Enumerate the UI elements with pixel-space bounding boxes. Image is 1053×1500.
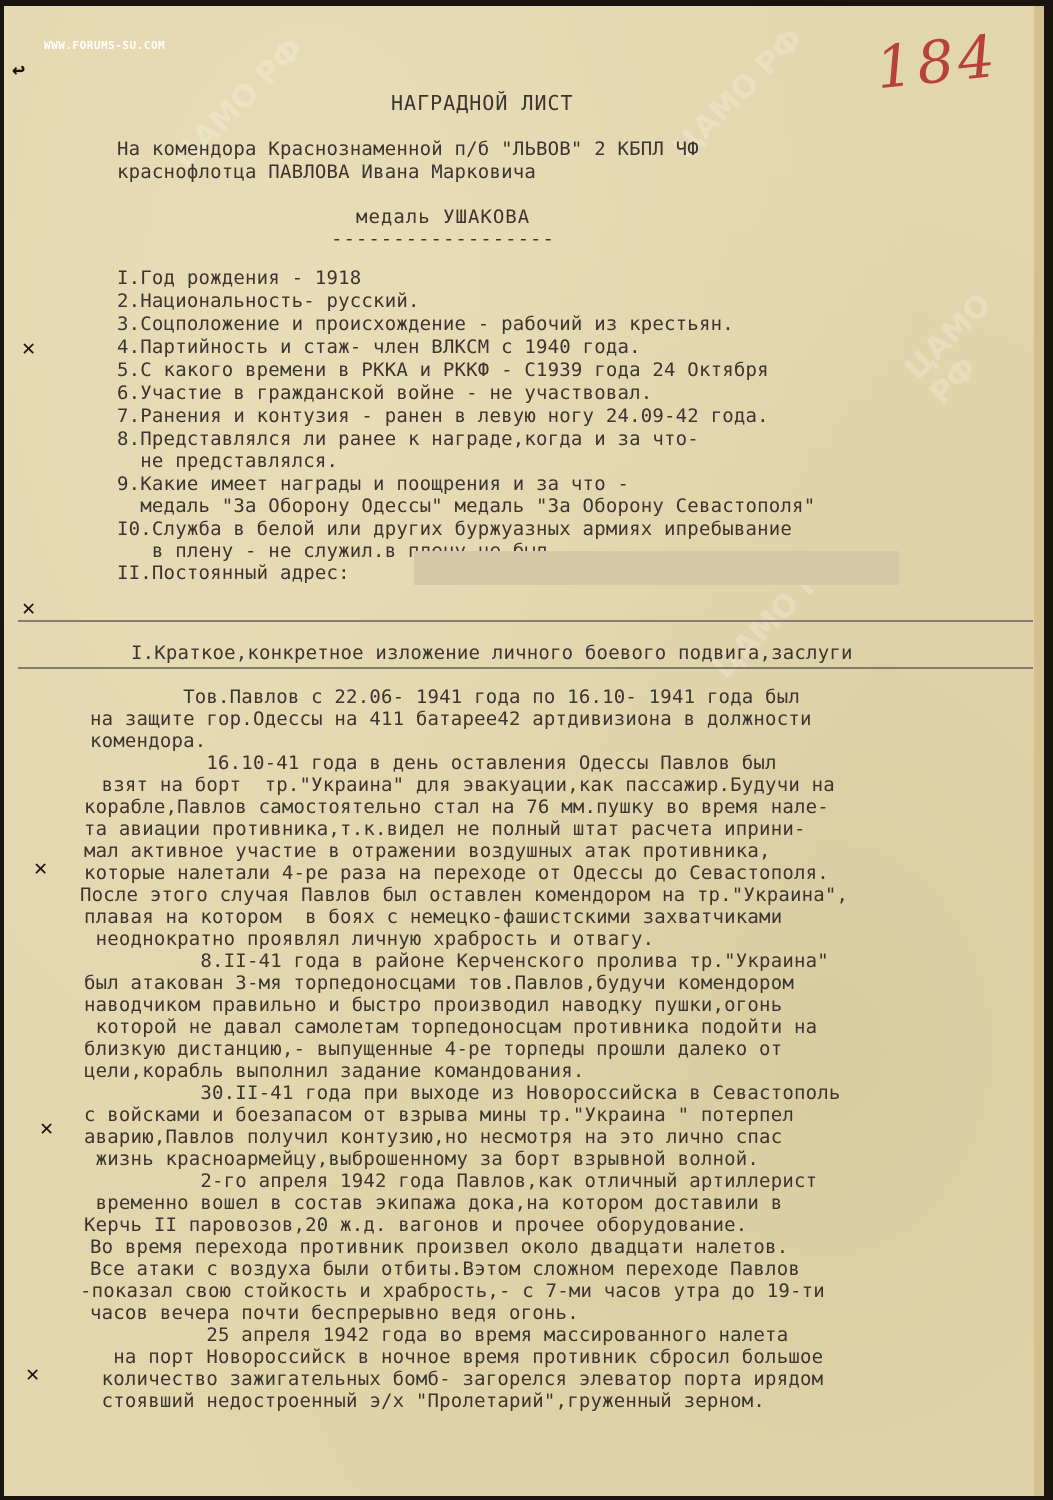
narrative-line: с войсками и боезапасом от взрыва мины т… bbox=[84, 1104, 794, 1126]
document-page: ЦАМО РФ ЦАМО РФ ЦАМО РФ ЦАМО РФ WWW.FORU… bbox=[4, 6, 1044, 1496]
questionnaire-item: II.Постоянный адрес: bbox=[117, 562, 350, 584]
narrative-line: 30.II-41 года при выходе из Новороссийск… bbox=[84, 1082, 841, 1104]
narrative-line: наводчиком правильно и быстро производил… bbox=[84, 994, 782, 1016]
narrative-line: Керчь II паровозов,20 ж.д. вагонов и про… bbox=[84, 1214, 747, 1236]
narrative-line: плавая на котором в боях с немецко-фашис… bbox=[84, 906, 782, 928]
punch-hole-mark: ✕ bbox=[26, 1362, 39, 1387]
punch-hole-mark: ✕ bbox=[40, 1116, 53, 1141]
narrative-line: комендора. bbox=[90, 730, 206, 752]
narrative-line: мал активное участие в отражении воздушн… bbox=[84, 840, 771, 862]
narrative-line: часов вечера почти беспрерывно ведя огон… bbox=[90, 1302, 579, 1324]
questionnaire-item: 5.С какого времени в РККА и РККФ - С1939… bbox=[117, 359, 769, 381]
narrative-line: которой не давал самолетам торпедоносцам… bbox=[84, 1016, 817, 1038]
narrative-line: на порт Новороссийск в ночное время прот… bbox=[90, 1346, 823, 1368]
narrative-line: цели,корабль выполнил задание командован… bbox=[84, 1060, 584, 1082]
narrative-line: Все атаки с воздуха были отбиты.Вэтом сл… bbox=[90, 1258, 800, 1280]
questionnaire-item: I.Год рождения - 1918 bbox=[117, 267, 361, 289]
narrative-line: неоднократно проявлял личную храбрость и… bbox=[84, 928, 654, 950]
questionnaire-item: 8.Представлялся ли ранее к награде,когда… bbox=[117, 428, 699, 450]
questionnaire-item: I0.Служба в белой или других буржуазных … bbox=[117, 518, 792, 540]
divider-line bbox=[18, 620, 1033, 622]
site-watermark: WWW.FORUMS-SU.COM bbox=[44, 39, 165, 52]
narrative-line: взят на борт тр."Украина" для эвакуации,… bbox=[90, 774, 835, 796]
questionnaire-item: 3.Соцположение и происхождение - рабочий… bbox=[117, 313, 734, 335]
questionnaire-item: 4.Партийность и стаж- член ВЛКСМ с 1940 … bbox=[117, 336, 641, 358]
narrative-line: 25 апреля 1942 года во время массированн… bbox=[90, 1324, 788, 1346]
narrative-line: был атакован 3-мя торпедоносцами тов.Пав… bbox=[84, 972, 794, 994]
questionnaire-item: медаль "За Оборону Одессы" медаль "За Об… bbox=[117, 495, 815, 517]
punch-hole-mark: ✕ bbox=[34, 856, 47, 881]
punch-hole-mark: ↩ bbox=[12, 58, 25, 83]
narrative-line: жизнь красноармейцу,выброшенному за борт… bbox=[84, 1148, 759, 1170]
narrative-line: Тов.Павлов с 22.06- 1941 года по 16.10- … bbox=[90, 686, 800, 708]
narrative-line: близкую дистанцию,- выпущенные 4-ре торп… bbox=[84, 1038, 782, 1060]
narrative-line: -показал свою стойкость и храбрость,- с … bbox=[80, 1280, 825, 1302]
narrative-line: количество зажигательных бомб- загорелся… bbox=[90, 1368, 823, 1390]
recipient-line-2: краснофлотца ПАВЛОВА Ивана Марковича bbox=[117, 161, 536, 183]
narrative-line: которые налетали 4-ре раза на переходе о… bbox=[84, 862, 829, 884]
archive-watermark: ЦАМО РФ bbox=[898, 270, 1039, 411]
punch-hole-mark: ✕ bbox=[22, 336, 35, 361]
questionnaire-item: 2.Национальность- русский. bbox=[117, 290, 420, 312]
narrative-line: 16.10-41 года в день оставления Одессы П… bbox=[90, 752, 777, 774]
section-heading: I.Краткое,конкретное изложение личного б… bbox=[131, 642, 853, 664]
narrative-line: та авиации противника,т.к.видел не полны… bbox=[84, 818, 806, 840]
narrative-line: аварию,Павлов получил контузию,но несмот… bbox=[84, 1126, 782, 1148]
narrative-line: корабле,Павлов самостоятельно стал на 76… bbox=[84, 796, 829, 818]
document-title: НАГРАДНОЙ ЛИСТ bbox=[391, 92, 574, 114]
title-separator: ------------------ bbox=[331, 228, 555, 250]
questionnaire-item: 9.Какие имеет награды и поощрения и за ч… bbox=[117, 473, 629, 495]
narrative-line: на защите гор.Одессы на 411 батарее42 ар… bbox=[90, 708, 812, 730]
questionnaire-item: не представлялся. bbox=[117, 450, 338, 472]
narrative-line: Во время перехода противник произвел око… bbox=[90, 1236, 788, 1258]
questionnaire-item: 6.Участие в гражданской войне - не участ… bbox=[117, 382, 652, 404]
narrative-line: 2-го апреля 1942 года Павлов,как отличны… bbox=[84, 1170, 817, 1192]
narrative-line: стоявший недостроенный э/х "Пролетарий",… bbox=[90, 1390, 765, 1412]
award-name: медаль УШАКОВА bbox=[356, 206, 530, 228]
recipient-line-1: На комендора Краснознаменной п/б "ЛЬВОВ"… bbox=[117, 138, 699, 160]
divider-line bbox=[18, 667, 1033, 669]
handwritten-page-number: 184 bbox=[873, 22, 1002, 102]
questionnaire-item: 7.Ранения и контузия - ранен в левую ног… bbox=[117, 405, 769, 427]
punch-hole-mark: ✕ bbox=[22, 596, 35, 621]
narrative-line: После этого случая Павлов был оставлен к… bbox=[80, 884, 848, 906]
narrative-line: 8.II-41 года в районе Керченского пролив… bbox=[84, 950, 829, 972]
redacted-address bbox=[414, 551, 899, 585]
narrative-line: временно вошел в состав экипажа дока,на … bbox=[84, 1192, 782, 1214]
